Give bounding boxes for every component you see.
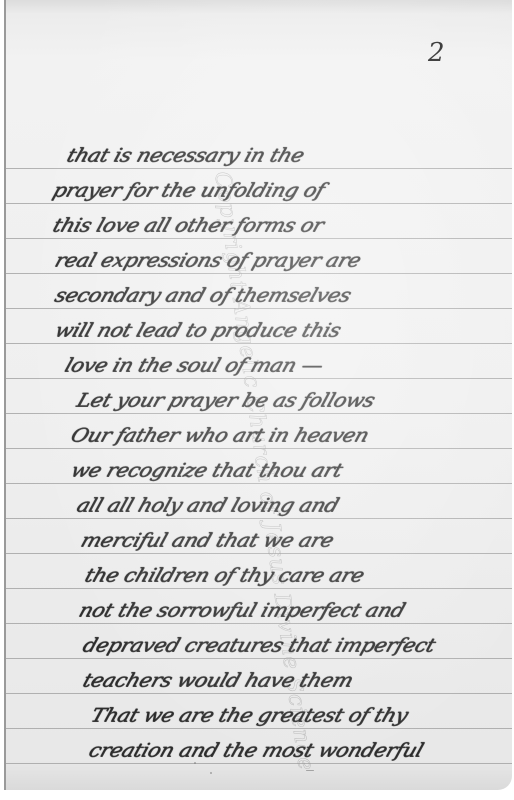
ruled-line: [6, 623, 512, 624]
ruled-line: [6, 658, 512, 659]
handwritten-line: love in the soul of man —: [62, 354, 326, 376]
ruled-line: [6, 553, 512, 554]
ruled-line: [6, 763, 512, 764]
ruled-line: [6, 308, 512, 309]
handwritten-line: that is necessary in the: [64, 144, 307, 166]
paper-speck: [194, 762, 196, 764]
handwritten-line: not the sorrowful imperfect and: [76, 599, 408, 621]
handwritten-line: real expressions of prayer are: [52, 249, 364, 271]
ruled-line: [6, 728, 512, 729]
handwritten-line: teachers would have them: [80, 669, 356, 691]
handwritten-line: That we are the greatest of thy: [88, 704, 411, 726]
ruled-line: [6, 588, 512, 589]
handwritten-line: Our father who art in heaven: [68, 424, 372, 446]
ruled-line: [6, 203, 512, 204]
page-number: 2: [428, 38, 445, 68]
handwritten-line: we recognize that thou art: [68, 459, 345, 481]
handwritten-line: secondary and of themselves: [52, 284, 354, 306]
paper-speck: [210, 772, 212, 774]
ruled-line: [6, 693, 512, 694]
paper-speck: [306, 770, 314, 771]
handwritten-line: will not lead to produce this: [52, 319, 344, 341]
handwritten-line: the children of thy care are: [82, 564, 367, 586]
ruled-line: [6, 168, 512, 169]
handwritten-line: creation and the most wonderful: [86, 739, 426, 761]
handwritten-line: depraved creatures that imperfect: [80, 634, 438, 656]
ruled-line: [6, 273, 512, 274]
ruled-line: [6, 238, 512, 239]
manuscript-page: 2 Copyright Angelic Church of Jesus Divi…: [4, 0, 512, 790]
handwritten-line: merciful and that we are: [78, 529, 336, 551]
ruled-line: [6, 343, 512, 344]
handwritten-line: all all holy and loving and: [74, 494, 341, 516]
handwritten-line: prayer for the unfolding of: [50, 179, 327, 201]
handwritten-line: this love all other forms or: [50, 214, 326, 236]
handwritten-line: Let your prayer be as follows: [74, 389, 378, 411]
